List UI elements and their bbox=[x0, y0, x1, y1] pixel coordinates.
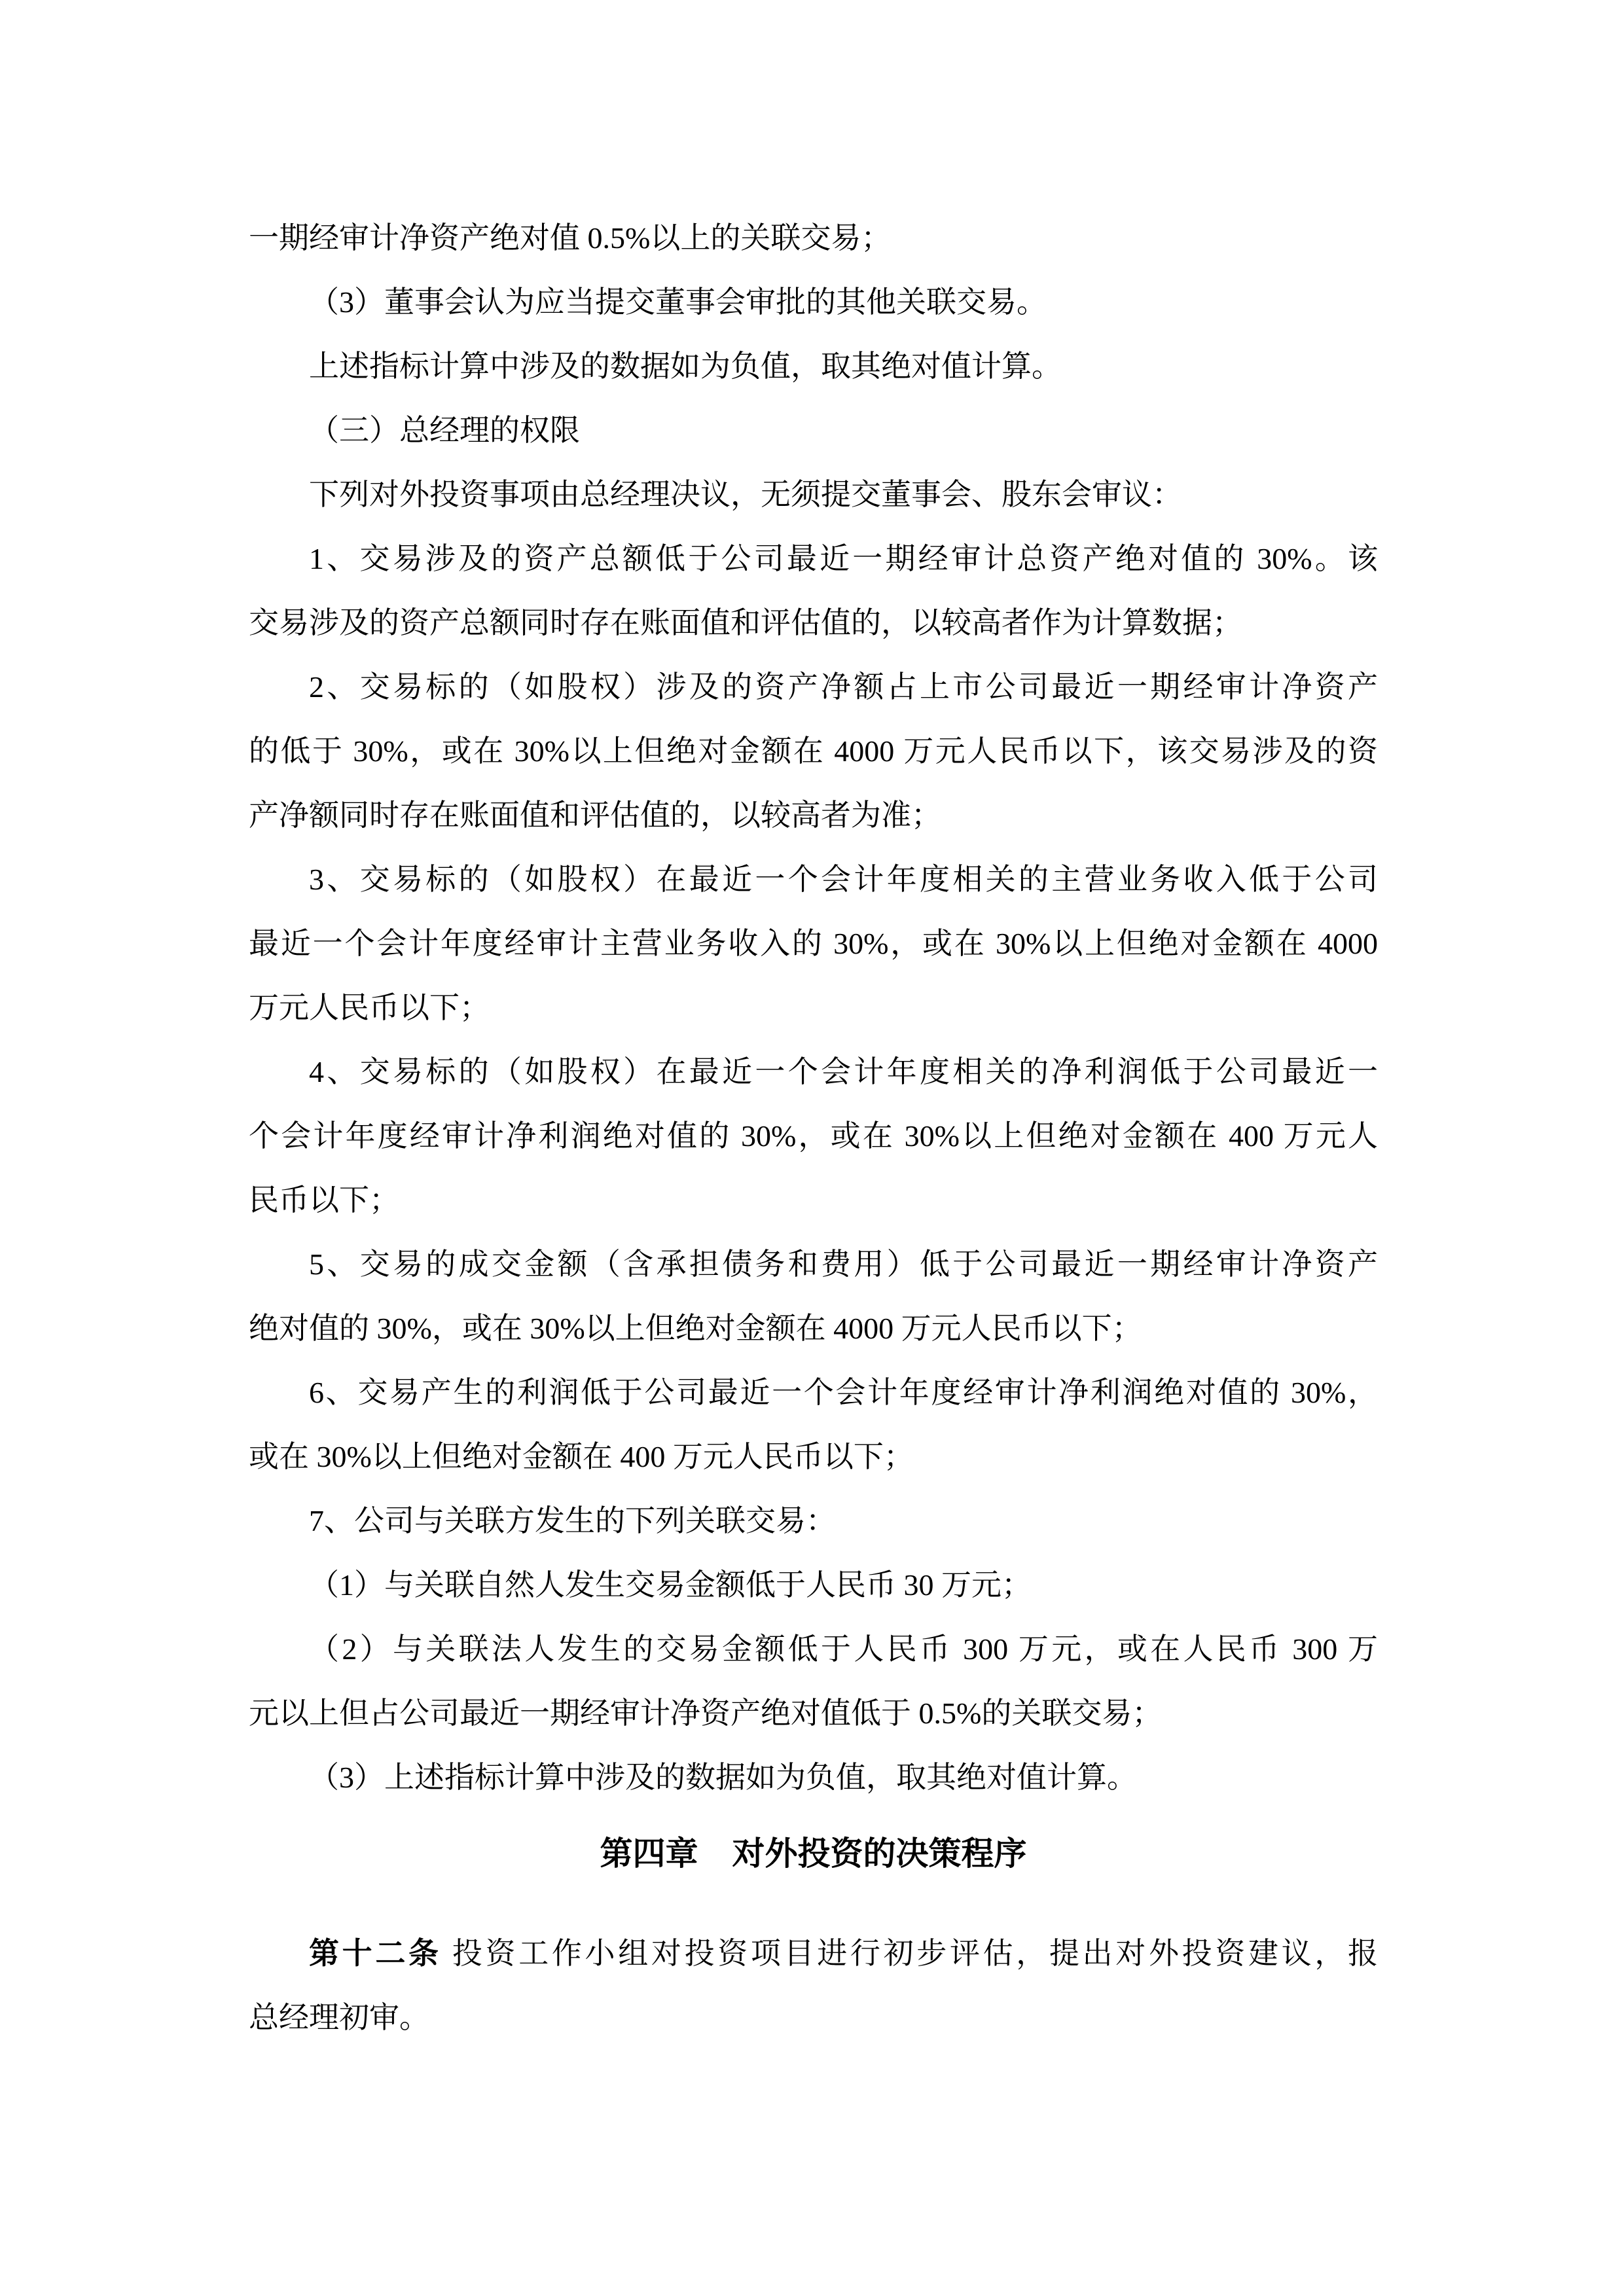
chapter-heading: 第四章对外投资的决策程序 bbox=[249, 1821, 1378, 1886]
text-line: 个会计年度经审计净利润绝对值的 30%，或在 30%以上但绝对金额在 400 万… bbox=[249, 1104, 1378, 1168]
article-number: 第十二条 bbox=[309, 1937, 442, 1970]
text-line: 民币以下； bbox=[249, 1168, 1378, 1232]
text-line: 绝对值的 30%，或在 30%以上但绝对金额在 4000 万元人民币以下； bbox=[249, 1297, 1378, 1361]
text-line: 或在 30%以上但绝对金额在 400 万元人民币以下； bbox=[249, 1425, 1378, 1489]
text-line: 3、交易标的（如股权）在最近一个会计年度相关的主营业务收入低于公司 bbox=[249, 848, 1378, 912]
text-line: 最近一个会计年度经审计主营业务收入的 30%，或在 30%以上但绝对金额在 40… bbox=[249, 912, 1378, 976]
text-line: 下列对外投资事项由总经理决议，无须提交董事会、股东会审议： bbox=[249, 463, 1378, 527]
text-line: 总经理初审。 bbox=[249, 1986, 1378, 2050]
text-line: 4、交易标的（如股权）在最近一个会计年度相关的净利润低于公司最近一 bbox=[249, 1040, 1378, 1104]
text-line: 2、交易标的（如股权）涉及的资产净额占上市公司最近一期经审计净资产 bbox=[249, 655, 1378, 719]
text-line: 5、交易的成交金额（含承担债务和费用）低于公司最近一期经审计净资产 bbox=[249, 1232, 1378, 1297]
text-line: 7、公司与关联方发生的下列关联交易： bbox=[249, 1489, 1378, 1553]
text-line: 产净额同时存在账面值和评估值的，以较高者为准； bbox=[249, 783, 1378, 848]
text-line: 上述指标计算中涉及的数据如为负值，取其绝对值计算。 bbox=[249, 334, 1378, 399]
text-line: （2）与关联法人发生的交易金额低于人民币 300 万元，或在人民币 300 万 bbox=[249, 1617, 1378, 1681]
text-line: （三）总经理的权限 bbox=[249, 399, 1378, 463]
text-line: 交易涉及的资产总额同时存在账面值和评估值的，以较高者作为计算数据； bbox=[249, 591, 1378, 655]
document-content: 一期经审计净资产绝对值 0.5%以上的关联交易；（3）董事会认为应当提交董事会审… bbox=[249, 206, 1378, 2050]
text-line: 万元人民币以下； bbox=[249, 976, 1378, 1040]
text-line: 1、交易涉及的资产总额低于公司最近一期经审计总资产绝对值的 30%。该 bbox=[249, 527, 1378, 591]
chapter-number: 第四章 bbox=[600, 1835, 698, 1872]
text-line: 元以上但占公司最近一期经审计净资产绝对值低于 0.5%的关联交易； bbox=[249, 1681, 1378, 1746]
text-line: （3）董事会认为应当提交董事会审批的其他关联交易。 bbox=[249, 270, 1378, 334]
text-line: 的低于 30%，或在 30%以上但绝对金额在 4000 万元人民币以下，该交易涉… bbox=[249, 719, 1378, 783]
text-line: 6、交易产生的利润低于公司最近一个会计年度经审计净利润绝对值的 30%， bbox=[249, 1361, 1378, 1425]
text-line: （1）与关联自然人发生交易金额低于人民币 30 万元； bbox=[249, 1553, 1378, 1617]
text-line: 第十二条 投资工作小组对投资项目进行初步评估，提出对外投资建议，报 bbox=[249, 1922, 1378, 1986]
text-line: （3）上述指标计算中涉及的数据如为负值，取其绝对值计算。 bbox=[249, 1746, 1378, 1810]
document-page: 一期经审计净资产绝对值 0.5%以上的关联交易；（3）董事会认为应当提交董事会审… bbox=[0, 0, 1624, 2296]
chapter-title: 对外投资的决策程序 bbox=[732, 1835, 1027, 1872]
text-line: 一期经审计净资产绝对值 0.5%以上的关联交易； bbox=[249, 206, 1378, 270]
